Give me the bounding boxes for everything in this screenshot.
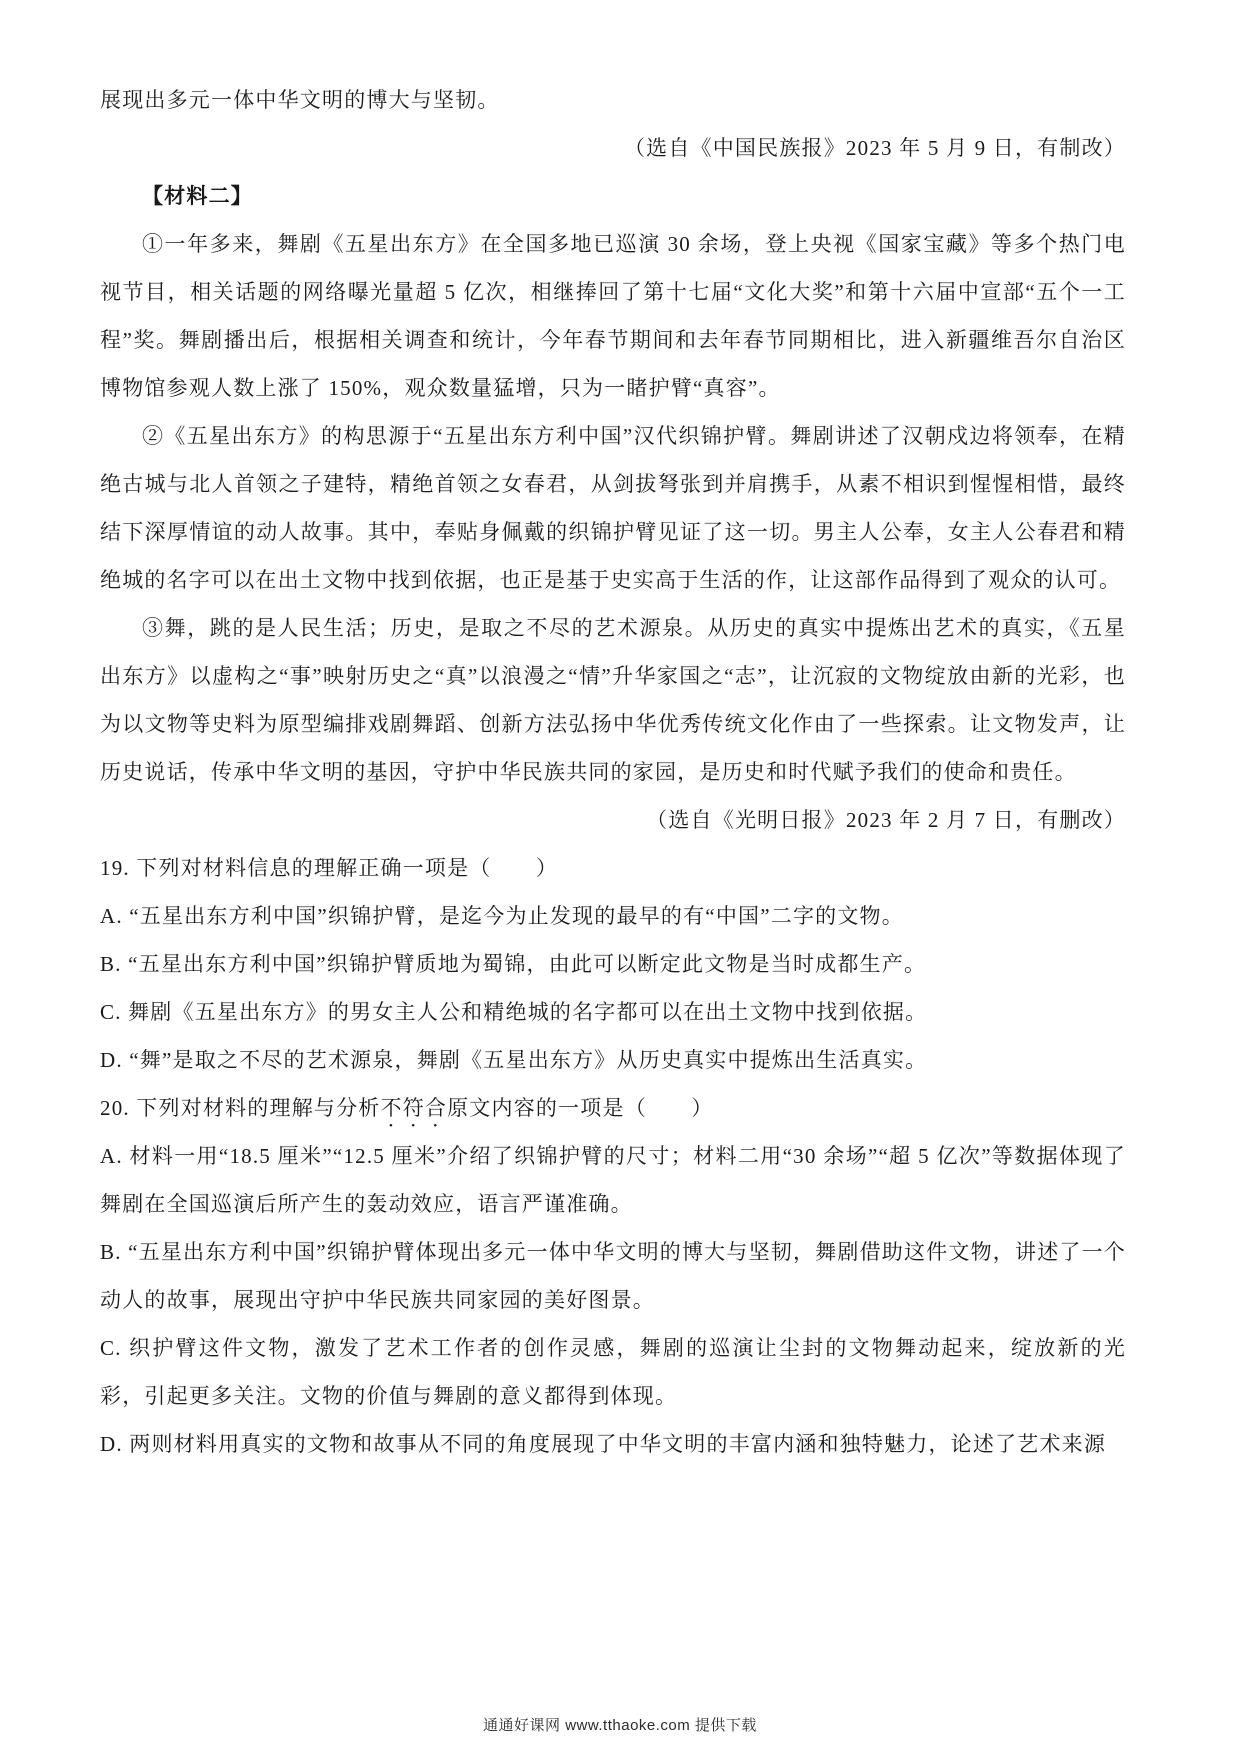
material-two-heading: 【材料二】 — [100, 172, 1126, 220]
question-20-stem: 20. 下列对材料的理解与分析不符合原文内容的一项是（ ） — [100, 1084, 1126, 1132]
question-20-stem-emphasized-text: 不符合 — [381, 1096, 448, 1120]
material-two-paragraph-3: ③舞，跳的是人民生活；历史，是取之不尽的艺术源泉。从历史的真实中提炼出艺术的真实… — [100, 604, 1126, 796]
question-20-stem-prefix: 20. 下列对材料的理解与分析 — [100, 1096, 381, 1120]
material-one-source-attribution: （选自《中国民族报》2023 年 5 月 9 日，有制改） — [100, 124, 1126, 172]
question-19-option-b: B. “五星出东方利中国”织锦护臂质地为蜀锦，由此可以断定此文物是当时成都生产。 — [100, 940, 1126, 988]
material-two-paragraph-1: ①一年多来，舞剧《五星出东方》在全国多地已巡演 30 余场，登上央视《国家宝藏》… — [100, 220, 1126, 412]
question-19-option-c: C. 舞剧《五星出东方》的男女主人公和精绝城的名字都可以在出土文物中找到依据。 — [100, 988, 1126, 1036]
material-two-paragraph-2: ②《五星出东方》的构思源于“五星出东方利中国”汉代织锦护臂。舞剧讲述了汉朝戍边将… — [100, 412, 1126, 604]
question-19-stem: 19. 下列对材料信息的理解正确一项是（ ） — [100, 844, 1126, 892]
download-watermark-footer: 通通好课网 www.tthaoke.com 提供下载 — [0, 1716, 1240, 1736]
question-20-stem-suffix: 原文内容的一项是（ ） — [447, 1096, 713, 1120]
question-20-option-d: D. 两则材料用真实的文物和故事从不同的角度展现了中华文明的丰富内涵和独特魅力，… — [100, 1420, 1126, 1468]
exam-document-page: 展现出多元一体中华文明的博大与坚韧。 （选自《中国民族报》2023 年 5 月 … — [0, 0, 1240, 1754]
material-one-closing-line: 展现出多元一体中华文明的博大与坚韧。 — [100, 76, 1126, 124]
question-20-option-a: A. 材料一用“18.5 厘米”“12.5 厘米”介绍了织锦护臂的尺寸；材料二用… — [100, 1132, 1126, 1228]
page-content: 展现出多元一体中华文明的博大与坚韧。 （选自《中国民族报》2023 年 5 月 … — [100, 76, 1126, 1468]
question-19-option-d: D. “舞”是取之不尽的艺术源泉，舞剧《五星出东方》从历史真实中提炼出生活真实。 — [100, 1036, 1126, 1084]
material-two-source-attribution: （选自《光明日报》2023 年 2 月 7 日，有删改） — [100, 796, 1126, 844]
question-20-option-c: C. 织护臂这件文物，激发了艺术工作者的创作灵感，舞剧的巡演让尘封的文物舞动起来… — [100, 1324, 1126, 1420]
question-19-option-a: A. “五星出东方利中国”织锦护臂，是迄今为止发现的最早的有“中国”二字的文物。 — [100, 892, 1126, 940]
question-20-option-b: B. “五星出东方利中国”织锦护臂体现出多元一体中华文明的博大与坚韧，舞剧借助这… — [100, 1228, 1126, 1324]
